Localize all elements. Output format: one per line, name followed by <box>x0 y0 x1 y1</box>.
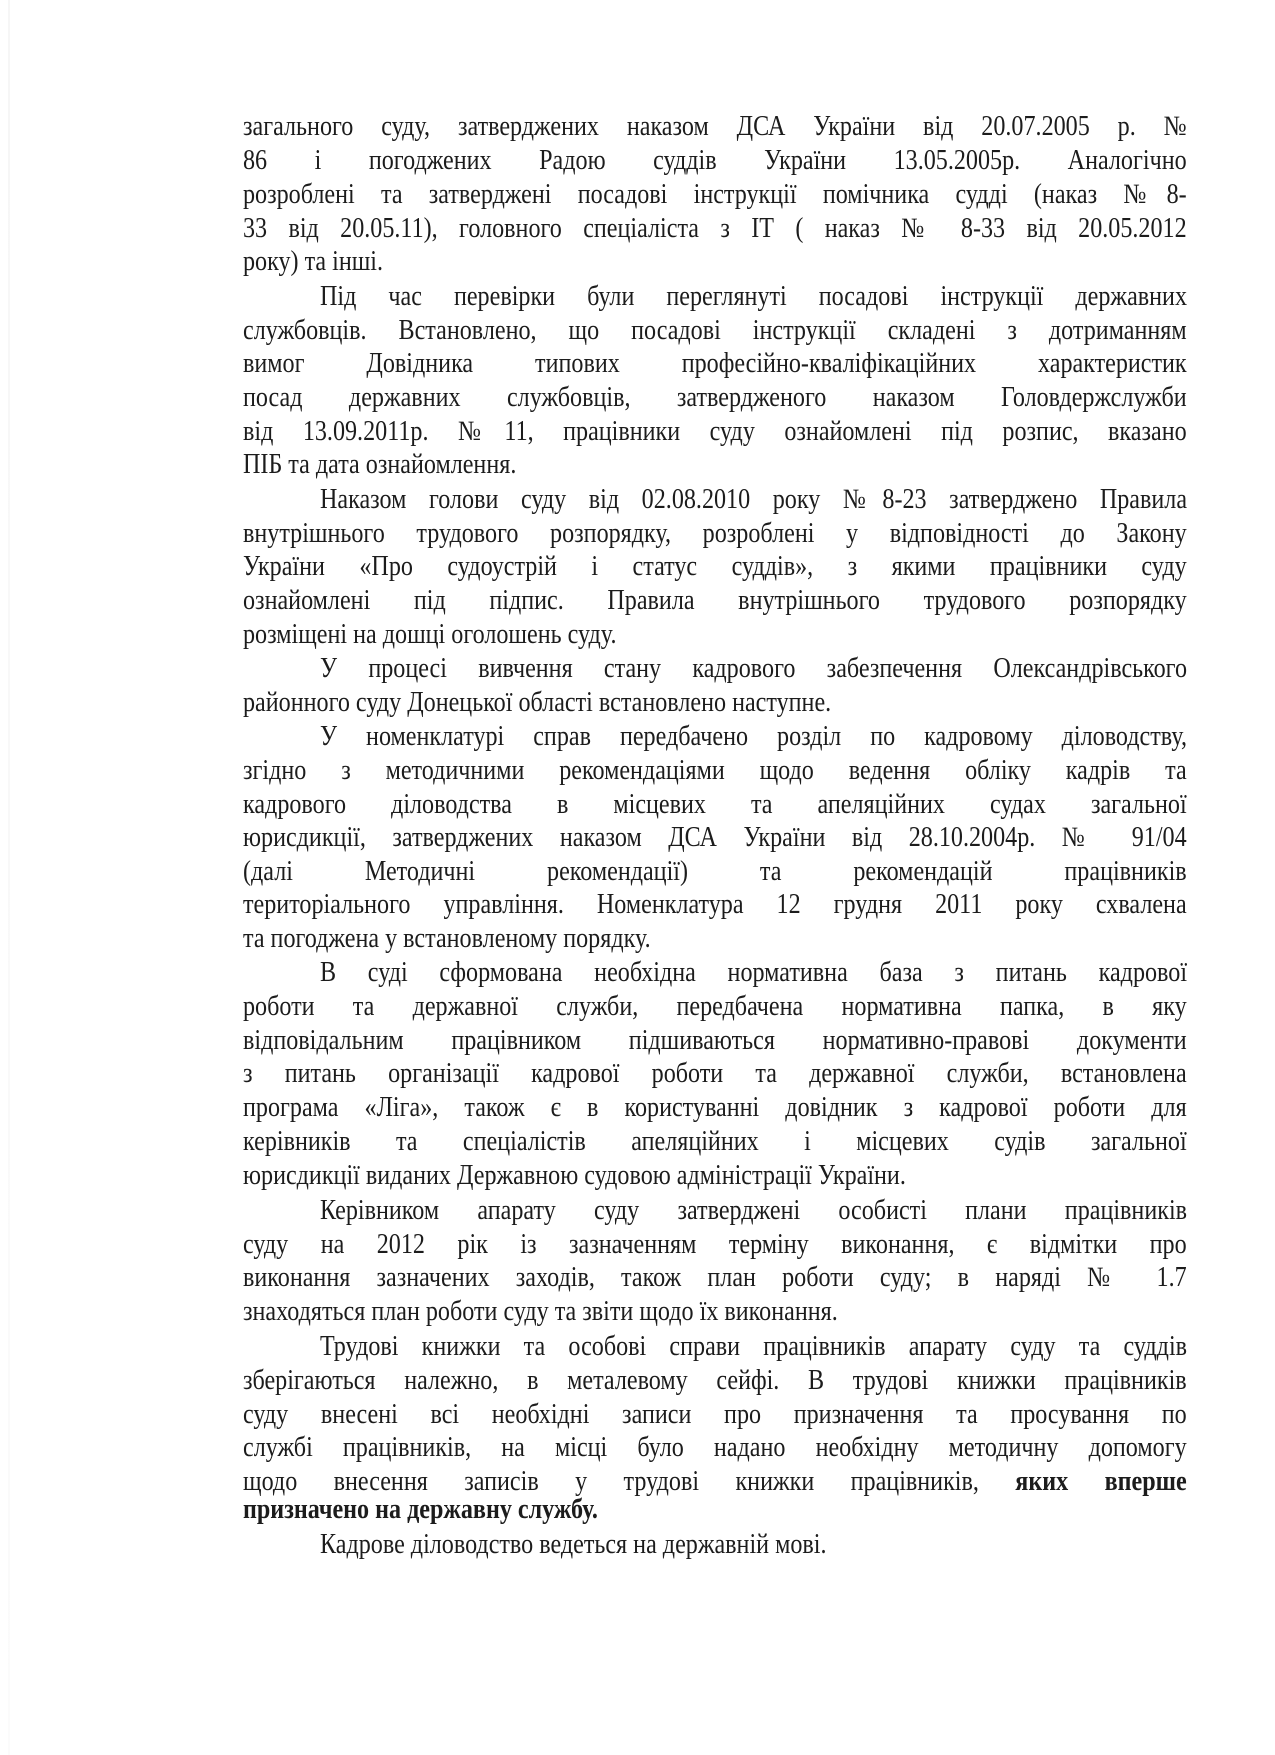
text-line: службі працівників, на місці було надано… <box>243 1431 1187 1465</box>
text-line: вимог Довідника типових професійно-квалі… <box>243 347 1187 381</box>
text-line: з питань організації кадрової роботи та … <box>243 1057 1187 1091</box>
text-line: суду на 2012 рік із зазначенням терміну … <box>243 1228 1187 1262</box>
text-line-bold: призначено на державну службу. <box>243 1493 1187 1527</box>
text-line: ознайомлені під підпис. Правила внутрішн… <box>243 584 1187 618</box>
text-line: року) та інші. <box>243 245 1187 279</box>
paragraph-first-line: Наказом голови суду від 02.08.2010 року … <box>320 483 1187 517</box>
text-line: посад державних службовців, затвердженог… <box>243 381 1187 415</box>
paragraph-first-line: У номенклатурі справ передбачено розділ … <box>320 720 1187 754</box>
paragraph-first-line: Керівником апарату суду затверджені особ… <box>320 1194 1187 1228</box>
paragraph-first-line: В суді сформована необхідна нормативна б… <box>320 956 1187 990</box>
text-line: кадрового діловодства в місцевих та апел… <box>243 788 1187 822</box>
text-line: розроблені та затверджені посадові інстр… <box>243 178 1187 212</box>
text-line: юрисдикції, затверджених наказом ДСА Укр… <box>243 821 1187 855</box>
text-line: 33 від 20.05.11), головного спеціаліста … <box>243 212 1187 246</box>
text-line: (далі Методичні рекомендації) та рекомен… <box>243 855 1187 889</box>
text-line: загального суду, затверджених наказом ДС… <box>243 110 1187 144</box>
text-line: ПІБ та дата ознайомлення. <box>243 448 1187 482</box>
paragraph-first-line: Трудові книжки та особові справи працівн… <box>320 1330 1187 1364</box>
text-line: 86 і погоджених Радою суддів України 13.… <box>243 144 1187 178</box>
text-line: виконання зазначених заходів, також план… <box>243 1261 1187 1295</box>
text-line: роботи та державної служби, передбачена … <box>243 990 1187 1024</box>
text-line: України «Про судоустрій і статус суддів»… <box>243 550 1187 584</box>
scan-edge-shadow <box>8 0 10 1755</box>
text-line: службовців. Встановлено, що посадові інс… <box>243 314 1187 348</box>
text-line: розміщені на дошці оголошень суду. <box>243 618 1187 652</box>
text-line: внутрішнього трудового розпорядку, розро… <box>243 517 1187 551</box>
text-line: територіального управління. Номенклатура… <box>243 888 1187 922</box>
text-line: юрисдикції виданих Державною судовою адм… <box>243 1159 1187 1193</box>
text-line: знаходяться план роботи суду та звіти що… <box>243 1295 1187 1329</box>
text-line: та погоджена у встановленому порядку. <box>243 922 1187 956</box>
document-page: загального суду, затверджених наказом ДС… <box>0 0 1275 1755</box>
text-line: районного суду Донецької області встанов… <box>243 686 1187 720</box>
text-line-final: Кадрове діловодство ведеться на державні… <box>320 1528 1187 1562</box>
paragraph-first-line: Під час перевірки були переглянуті посад… <box>320 280 1187 314</box>
text-line: відповідальним працівником підшиваються … <box>243 1024 1187 1058</box>
text-line: зберігаються належно, в металевому сейфі… <box>243 1364 1187 1398</box>
text-line: програма «Ліга», також є в користуванні … <box>243 1091 1187 1125</box>
text-line: від 13.09.2011р. №11, працівники суду оз… <box>243 415 1187 449</box>
text-line: згідно з методичними рекомендаціями щодо… <box>243 754 1187 788</box>
text-line: суду внесені всі необхідні записи про пр… <box>243 1398 1187 1432</box>
text-line: керівників та спеціалістів апеляційних і… <box>243 1125 1187 1159</box>
paragraph-first-line: У процесі вивчення стану кадрового забез… <box>320 652 1187 686</box>
